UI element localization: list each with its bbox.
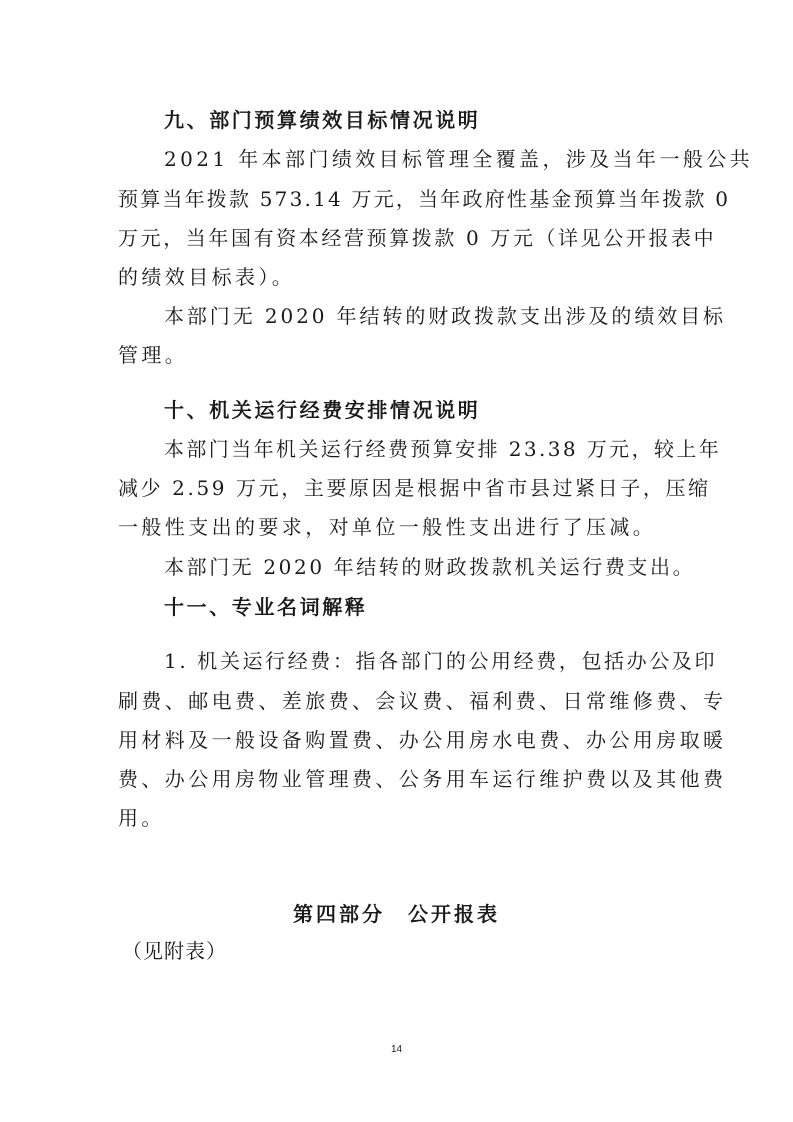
section-heading-11: 十一、专业名词解释	[164, 594, 720, 620]
paragraph-line: 万元，当年国有资本经营预算拨款 0 万元（详见公开报表中	[118, 225, 674, 251]
paragraph-line: 用。	[118, 805, 674, 831]
paragraph-line: 预算当年拨款 573.14 万元，当年政府性基金预算当年拨款 0	[118, 186, 674, 212]
paragraph-line: 一般性支出的要求，对单位一般性支出进行了压减。	[118, 514, 674, 540]
part-note: （见附表）	[122, 938, 678, 964]
paragraph-line: 2021 年本部门绩效目标管理全覆盖，涉及当年一般公共	[164, 146, 674, 172]
section-heading-9: 九、部门预算绩效目标情况说明	[164, 107, 720, 133]
document-page: 九、部门预算绩效目标情况说明 2021 年本部门绩效目标管理全覆盖，涉及当年一般…	[0, 0, 793, 1122]
paragraph-line: 管理。	[118, 342, 674, 368]
paragraph-line: 费、办公用房物业管理费、公务用车运行维护费以及其他费	[118, 766, 674, 792]
page-number: 14	[0, 1044, 793, 1055]
paragraph-line: 本部门无 2020 年结转的财政拨款机关运行费支出。	[164, 554, 674, 580]
paragraph-line: 本部门无 2020 年结转的财政拨款支出涉及的绩效目标	[164, 303, 674, 329]
paragraph-line: 刷费、邮电费、差旅费、会议费、福利费、日常维修费、专	[118, 688, 674, 714]
section-heading-10: 十、机关运行经费安排情况说明	[164, 397, 720, 423]
part-title: 第四部分 公开报表	[0, 898, 793, 927]
paragraph-line: 1. 机关运行经费：指各部门的公用经费，包括办公及印	[164, 648, 674, 674]
paragraph-line: 的绩效目标表）。	[118, 264, 674, 290]
paragraph-line: 用材料及一般设备购置费、办公用房水电费、办公用房取暖	[118, 727, 674, 753]
paragraph-line: 减少 2.59 万元，主要原因是根据中省市县过紧日子，压缩	[118, 475, 674, 501]
paragraph-line: 本部门当年机关运行经费预算安排 23.38 万元，较上年	[164, 436, 674, 462]
